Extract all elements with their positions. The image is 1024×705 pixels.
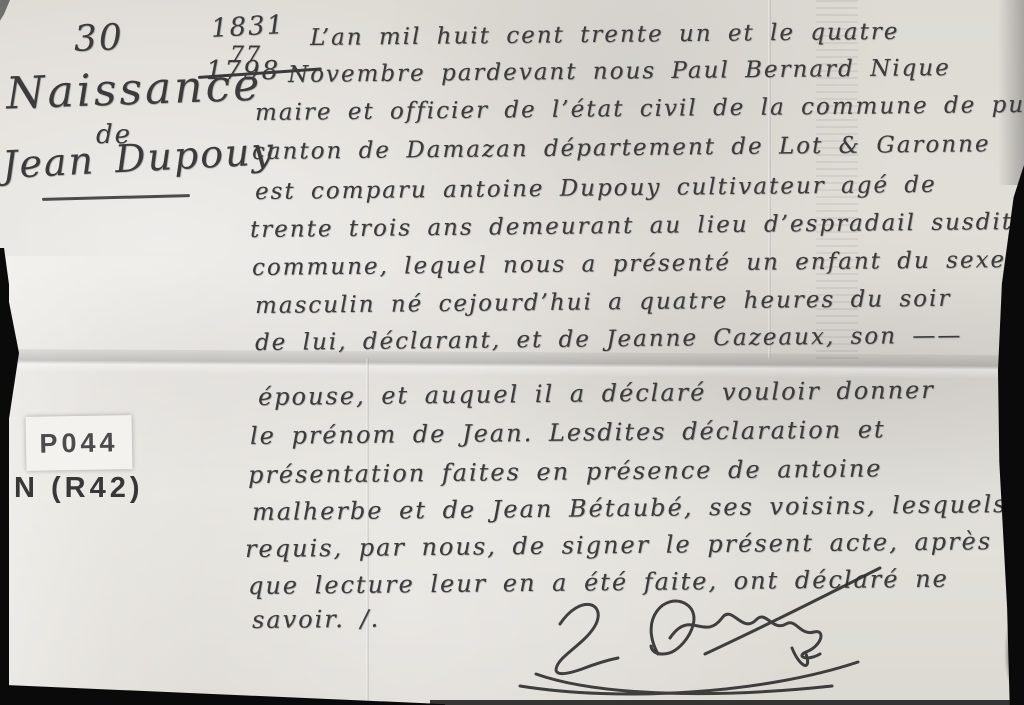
scan-edge-bottom-right [430, 700, 1024, 705]
margin-act-number: 30 [73, 17, 124, 60]
document-line: savoir. /. [252, 605, 380, 634]
header-year: 1831 [210, 10, 286, 44]
archival-sticker: P044 [26, 415, 133, 471]
vertical-crease-bottom [366, 358, 369, 705]
scanned-document-page: 30 Naissance de Jean Dupouy 1831 77 1798… [0, 0, 1024, 705]
mayor-signature [500, 562, 890, 702]
archival-label-code: P044 [39, 427, 119, 459]
archival-reference: N (R42) [14, 472, 144, 505]
